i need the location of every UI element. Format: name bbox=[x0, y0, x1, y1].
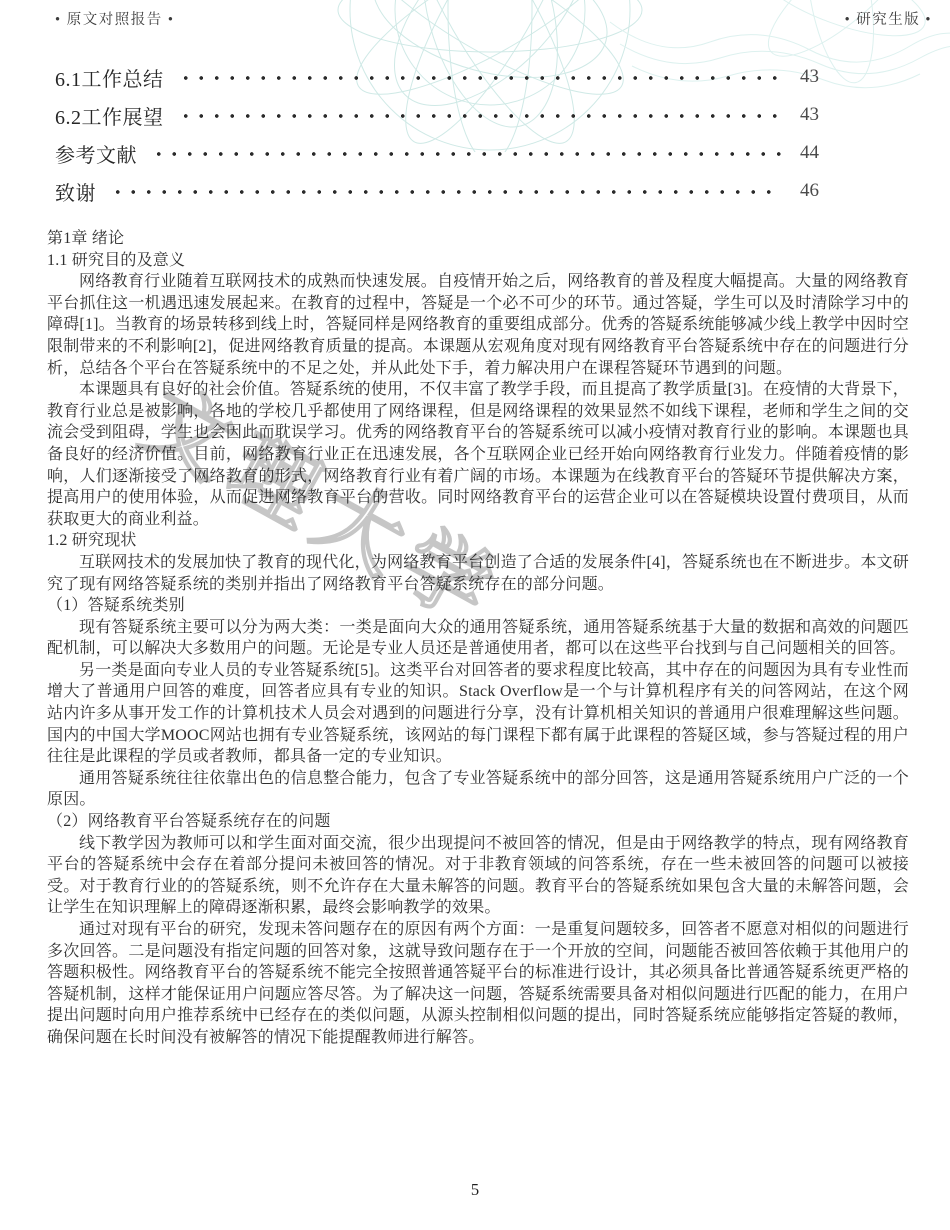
toc-dot-leader bbox=[178, 70, 782, 86]
toc-dot-leader bbox=[110, 184, 781, 200]
page-header: • 原文对照报告 • • 研究生版 • bbox=[55, 8, 932, 29]
toc-item-label: 6.2工作展望 bbox=[55, 101, 164, 130]
toc-item: 6.2工作展望43 bbox=[55, 96, 819, 134]
header-left-label: • 原文对照报告 • bbox=[55, 8, 174, 29]
body-paragraph: 现有答疑系统主要可以分为两大类：一类是面向大众的通用答疑系统，通用答疑系统基于大… bbox=[47, 617, 909, 660]
list-heading: （2）网络教育平台答疑系统存在的问题 bbox=[47, 811, 909, 833]
body-paragraph: 互联网技术的发展加快了教育的现代化，为网络教育平台创造了合适的发展条件[4]，答… bbox=[47, 552, 909, 595]
header-right-label: • 研究生版 • bbox=[845, 8, 932, 29]
body-text: 第1章 绪论1.1 研究目的及意义网络教育行业随着互联网技术的成熟而快速发展。自… bbox=[47, 228, 909, 1049]
body-paragraph: 通过对现有平台的研究，发现未答问题存在的原因有两个方面：一是重复问题较多，回答者… bbox=[47, 919, 909, 1049]
toc-page-number: 43 bbox=[789, 104, 819, 126]
page-footer: 5 bbox=[0, 1180, 950, 1200]
body-paragraph: 线下教学因为教师可以和学生面对面交流，很少出现提问不被回答的情况，但是由于网络教… bbox=[47, 833, 909, 919]
toc-item-label: 6.1工作总结 bbox=[55, 63, 164, 92]
toc-page-number: 46 bbox=[789, 180, 819, 202]
body-paragraph: 通用答疑系统往往依靠出色的信息整合能力，包含了专业答疑系统中的部分回答，这是通用… bbox=[47, 768, 909, 811]
toc-item: 致谢46 bbox=[55, 172, 819, 210]
toc-dot-leader bbox=[178, 108, 782, 124]
toc-item-label: 致谢 bbox=[55, 177, 96, 206]
toc-item: 6.1工作总结43 bbox=[55, 58, 819, 96]
page-number: 5 bbox=[471, 1180, 479, 1199]
toc-item: 参考文献44 bbox=[55, 134, 819, 172]
toc-page-number: 43 bbox=[789, 66, 819, 88]
body-paragraph: 网络教育行业随着互联网技术的成熟而快速发展。自疫情开始之后，网络教育的普及程度大… bbox=[47, 271, 909, 379]
report-page: 文理大学 • 原文对照报告 • • 研究生版 • 6.1工作总结436.2工作展… bbox=[0, 0, 950, 1230]
section-heading: 1.2 研究现状 bbox=[47, 530, 909, 552]
chapter-heading: 第1章 绪论 bbox=[47, 228, 909, 250]
toc-page-number: 44 bbox=[789, 142, 819, 164]
list-heading: （1）答疑系统类别 bbox=[47, 595, 909, 617]
body-paragraph: 本课题具有良好的社会价值。答疑系统的使用，不仅丰富了教学手段，而且提高了教学质量… bbox=[47, 379, 909, 530]
body-paragraph: 另一类是面向专业人员的专业答疑系统[5]。这类平台对回答者的要求程度比较高，其中… bbox=[47, 660, 909, 768]
toc-item-label: 参考文献 bbox=[55, 139, 137, 168]
toc-dot-leader bbox=[151, 146, 781, 162]
section-heading: 1.1 研究目的及意义 bbox=[47, 250, 909, 272]
toc-list: 6.1工作总结436.2工作展望43参考文献44致谢46 bbox=[55, 58, 819, 210]
